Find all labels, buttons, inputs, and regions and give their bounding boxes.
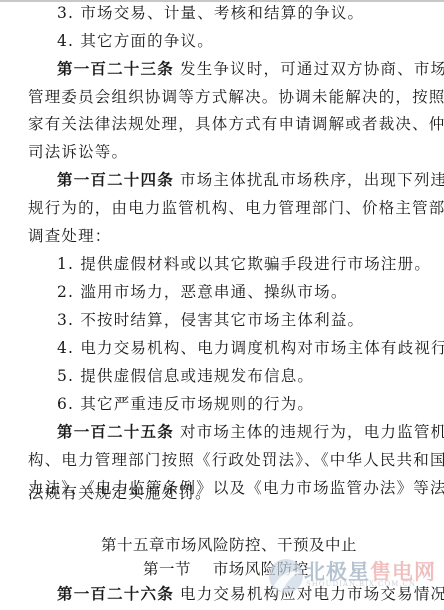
violation-item-5: 5. 提供虚假信息或违规发布信息。 bbox=[57, 366, 314, 386]
article-124-line-3: 调查处理： bbox=[28, 226, 112, 246]
chapter-heading: 第十五章市场风险防控、干预及中止 bbox=[101, 533, 357, 555]
article-124-title: 第一百二十四条 bbox=[57, 171, 174, 189]
item-3-dispute: 3. 市场交易、计量、考核和结算的争议。 bbox=[57, 3, 364, 23]
article-126-text: 电力交易机构应对电力市场交易情况 bbox=[174, 585, 444, 603]
article-123-text: 发生争议时，可通过双方协商、市场 bbox=[174, 60, 444, 78]
article-126-title: 第一百二十六条 bbox=[57, 585, 174, 603]
article-125-title: 第一百二十五条 bbox=[57, 423, 174, 441]
violation-item-4: 4. 电力交易机构、电力调度机构对市场主体有歧视行为。 bbox=[57, 338, 444, 358]
article-123-title: 第一百二十三条 bbox=[57, 60, 174, 78]
article-124-text: 市场主体扰乱市场秩序，出现下列违 bbox=[174, 171, 444, 189]
violation-item-6: 6. 其它严重违反市场规则的行为。 bbox=[57, 394, 314, 414]
article-123-line-2: 管理委员会组织协调等方式解决。协调未能解决的，按照国 bbox=[28, 87, 444, 107]
violation-item-1: 1. 提供虚假材料或以其它欺骗手段进行市场注册。 bbox=[57, 254, 431, 274]
section-heading: 第一节 市场风险防控 bbox=[143, 557, 309, 579]
article-123-line-3: 家有关法律法规处理，具体方式有申请调解或者裁决、仲裁、 bbox=[28, 114, 444, 134]
article-124-line-1: 第一百二十四条 市场主体扰乱市场秩序，出现下列违 bbox=[57, 170, 444, 190]
violation-item-2: 2. 滥用市场力，恶意串通、操纵市场。 bbox=[57, 282, 348, 302]
item-4-dispute: 4. 其它方面的争议。 bbox=[57, 31, 214, 51]
violation-item-3: 3. 不按时结算，侵害其它市场主体利益。 bbox=[57, 310, 364, 330]
article-123-line-1: 第一百二十三条 发生争议时，可通过双方协商、市场 bbox=[57, 59, 444, 79]
article-125-text: 对市场主体的违规行为，电力监管机 bbox=[174, 423, 444, 441]
article-125-line-4-visible: 法规有关规定实施处罚。 bbox=[28, 483, 212, 503]
article-124-line-2: 规行为的，由电力监管机构、电力管理部门、价格主管部门 bbox=[28, 198, 444, 218]
article-126-line-1: 第一百二十六条 电力交易机构应对电力市场交易情况 bbox=[57, 584, 444, 604]
page-top-border bbox=[0, 0, 444, 2]
watermark-brand: 北极星售电网 bbox=[304, 556, 436, 586]
article-125-line-1: 第一百二十五条 对市场主体的违规行为，电力监管机 bbox=[57, 422, 444, 442]
article-123-line-4: 司法诉讼等。 bbox=[28, 142, 128, 162]
article-125-line-2: 构、电力管理部门按照《行政处罚法》、《中华人民共和国电 bbox=[28, 450, 444, 470]
